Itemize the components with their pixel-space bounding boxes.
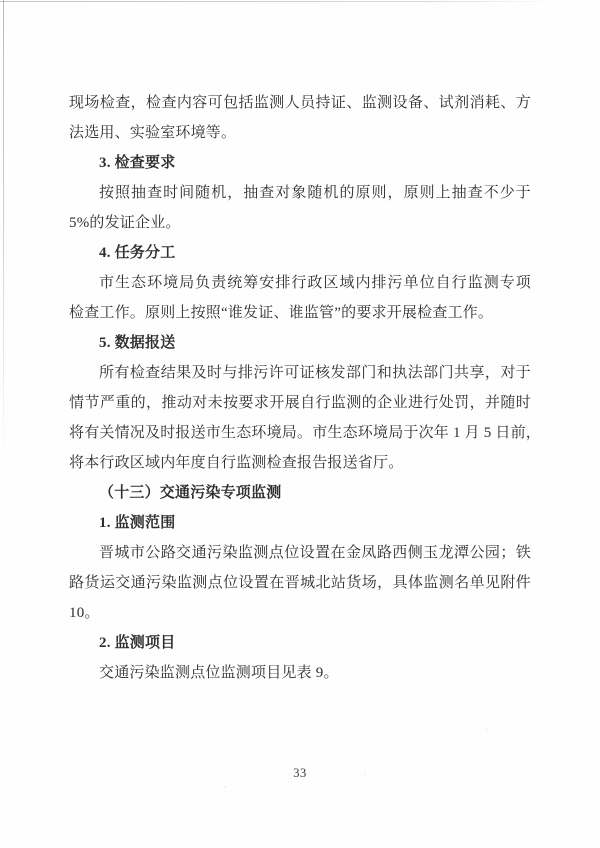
- body-text-line: 法选用、实验室环境等。: [69, 118, 531, 148]
- document-page: 现场检查，检查内容可包括监测人员持证、监测设备、试剂消耗、方法选用、实验室环境等…: [0, 0, 600, 848]
- section-heading-line: 3. 检查要求: [69, 148, 531, 178]
- section-heading-line: （十三）交通污染专项监测: [69, 478, 531, 508]
- scan-left-edge-line: [3, 0, 4, 462]
- body-text-line: 市生态环境局负责统筹安排行政区域内排污单位自行监测专项: [69, 268, 531, 298]
- section-heading-line: 4. 任务分工: [69, 238, 531, 268]
- page-number: 33: [0, 766, 600, 781]
- scan-speck: [486, 729, 488, 731]
- scan-speck: [224, 786, 226, 788]
- body-text-line: 交通污染监测点位监测项目见表 9。: [69, 658, 531, 688]
- body-text-line: 情节严重的，推动对未按要求开展自行监测的企业进行处罚，并随时: [69, 388, 531, 418]
- body-text-line: 所有检查结果及时与排污许可证核发部门和执法部门共享，对于: [69, 358, 531, 388]
- body-text-line: 路货运交通污染监测点位设置在晋城北站货场，具体监测名单见附件: [69, 568, 531, 598]
- body-text-line: 将有关情况及时报送市生态环境局。市生态环境局于次年 1 月 5 日前，: [69, 418, 531, 448]
- body-text-line: 按照抽查时间随机，抽查对象随机的原则，原则上抽查不少于: [69, 178, 531, 208]
- section-heading-line: 2. 监测项目: [69, 628, 531, 658]
- document-body: 现场检查，检查内容可包括监测人员持证、监测设备、试剂消耗、方法选用、实验室环境等…: [69, 88, 531, 688]
- body-text-line: 晋城市公路交通污染监测点位设置在金凤路西侧玉龙潭公园；铁: [69, 538, 531, 568]
- body-text-line: 将本行政区域内年度自行监测检查报告报送省厅。: [69, 448, 531, 478]
- body-text-line: 10。: [69, 598, 531, 628]
- section-heading-line: 5. 数据报送: [69, 328, 531, 358]
- section-heading-line: 1. 监测范围: [69, 508, 531, 538]
- scan-top-edge-line: [0, 1, 557, 2]
- body-text-line: 现场检查，检查内容可包括监测人员持证、监测设备、试剂消耗、方: [69, 88, 531, 118]
- body-text-line: 检查工作。原则上按照“谁发证、谁监管”的要求开展检查工作。: [69, 298, 531, 328]
- body-text-line: 5%的发证企业。: [69, 208, 531, 238]
